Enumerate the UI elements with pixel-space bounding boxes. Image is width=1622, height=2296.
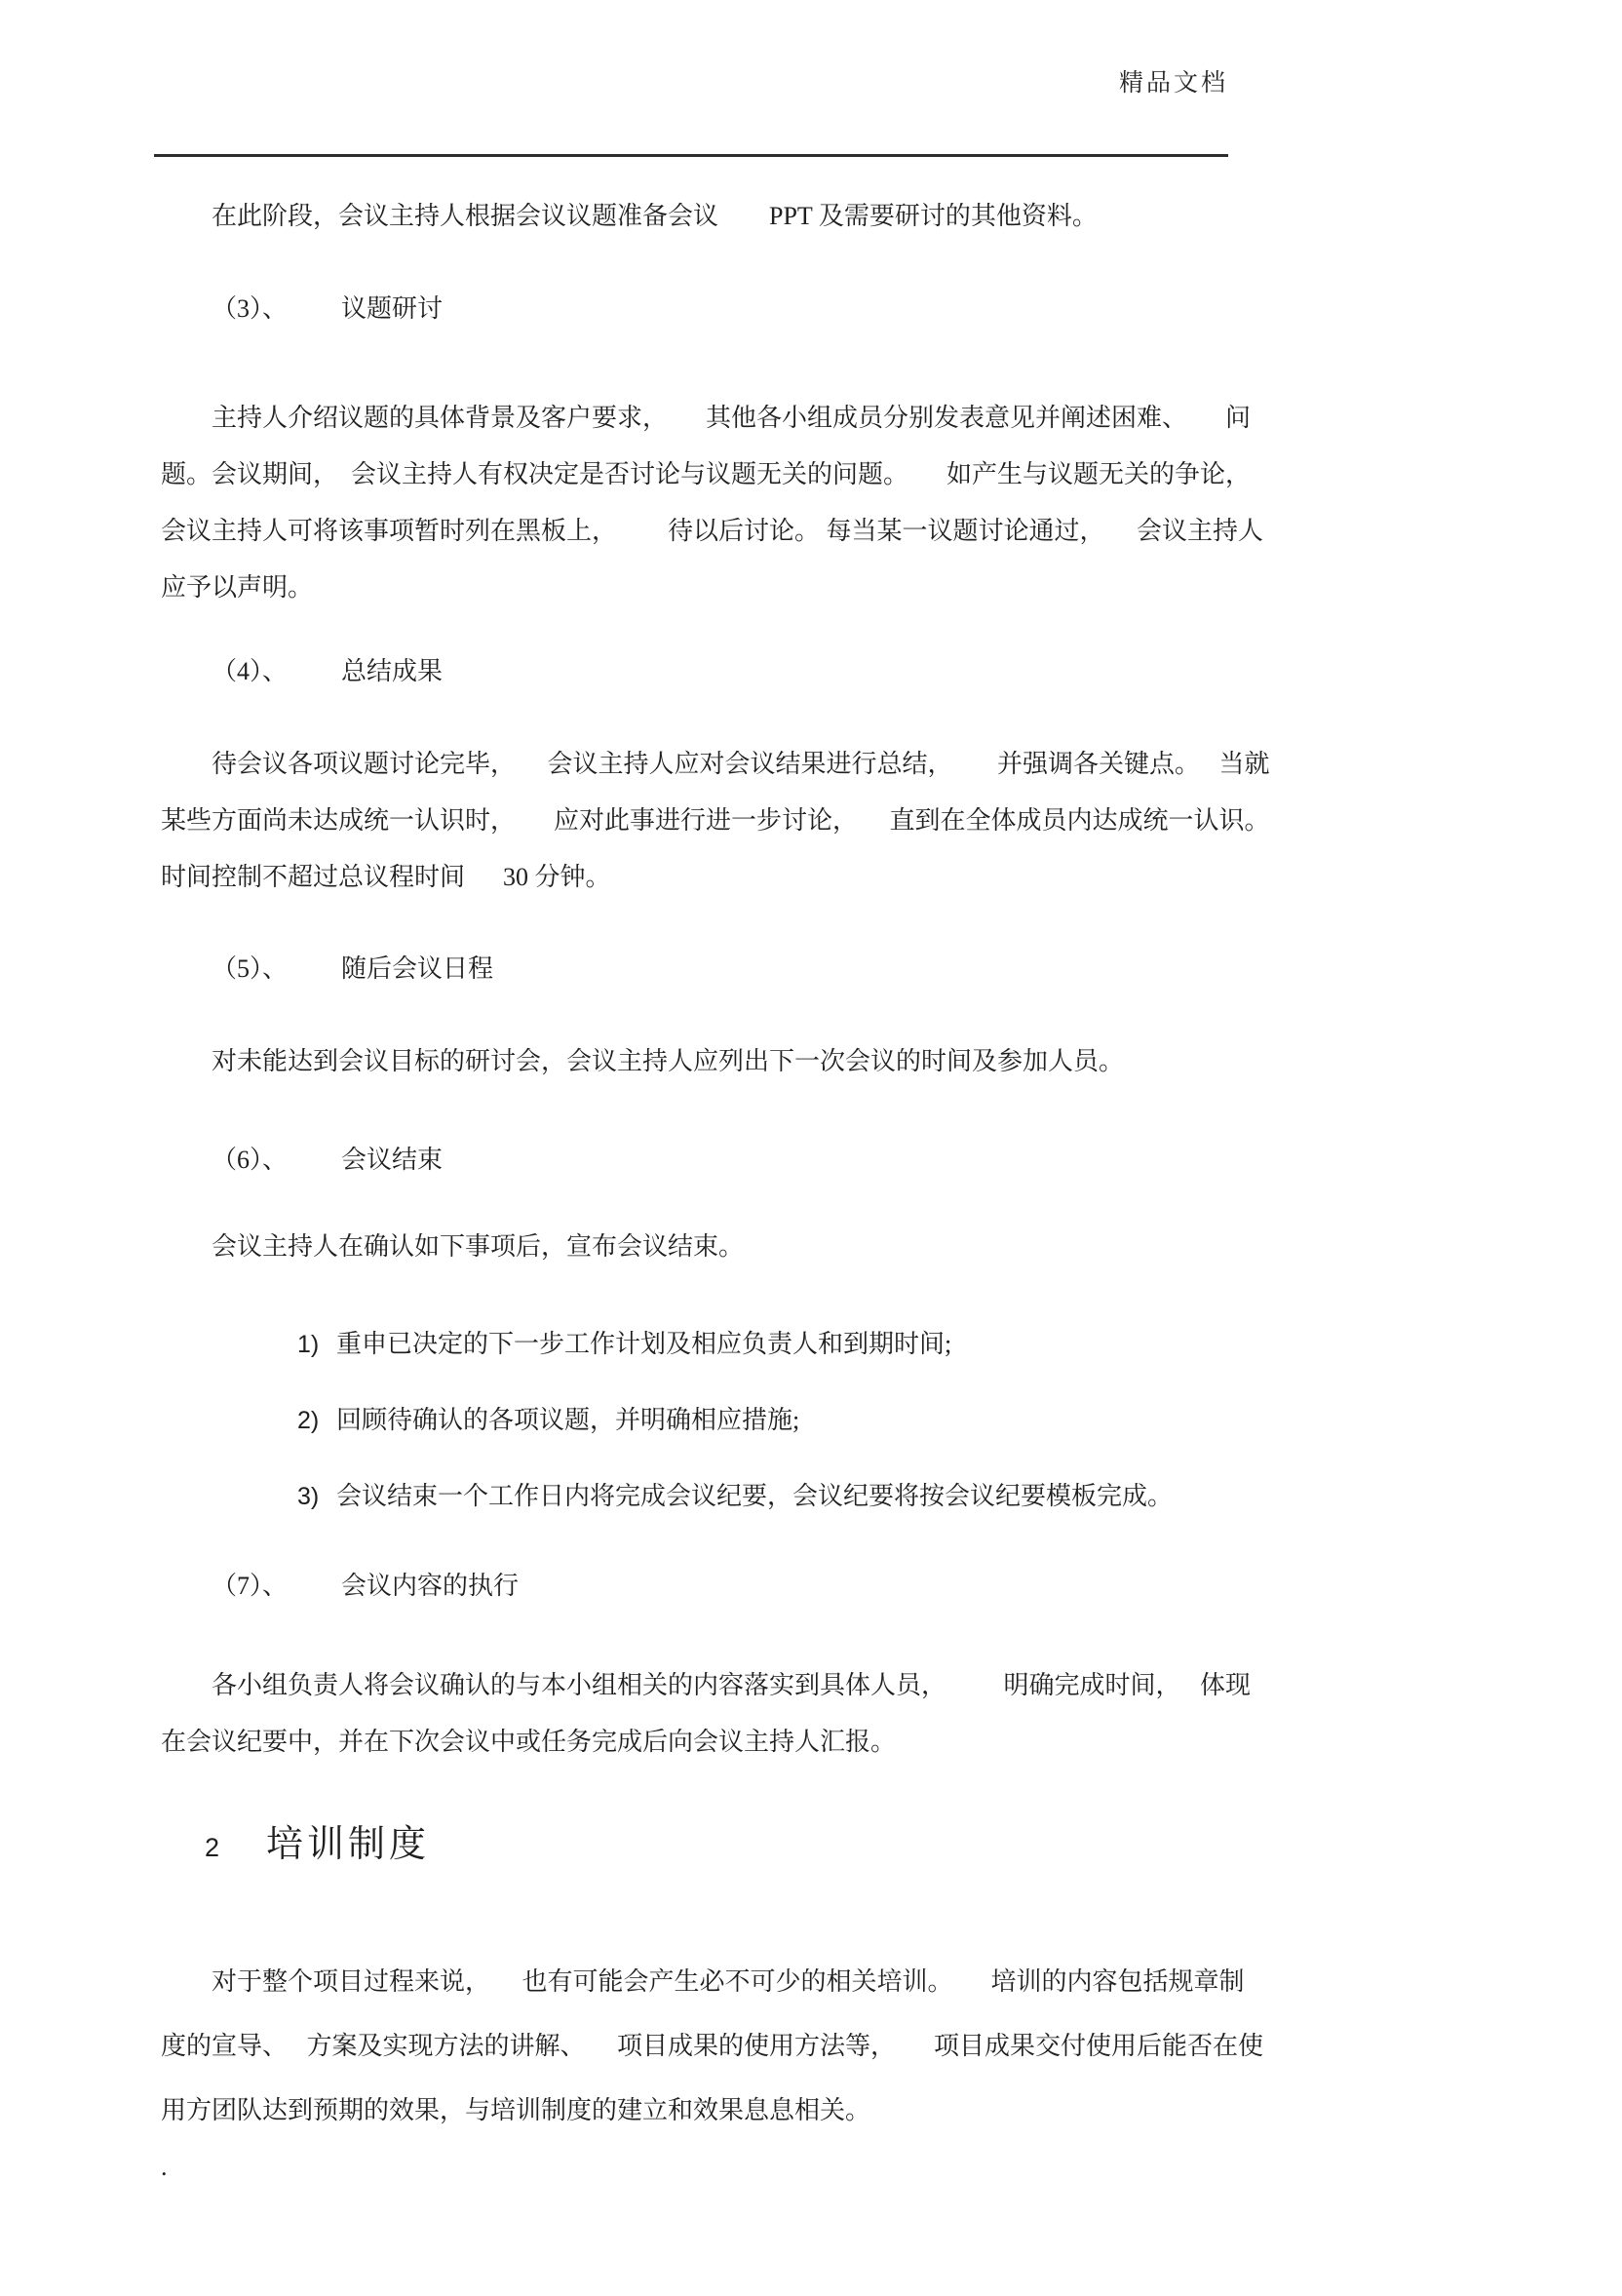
paragraph-line: 用方团队达到预期的效果，与培训制度的建立和效果息息相关。 [161, 2079, 1462, 2143]
list-item: 3)会议结束一个工作日内将完成会议纪要，会议纪要将按会议纪要模板完成。 [297, 1468, 1462, 1525]
paragraph-line: 各小组负责人将会议确认的与本小组相关的内容落实到具体人员， 明确完成时间， 体现 [161, 1657, 1462, 1714]
section-title: 培训制度 [266, 1824, 430, 1865]
list-item-text: 会议结束一个工作日内将完成会议纪要，会议纪要将按会议纪要模板完成。 [336, 1482, 1173, 1510]
paragraph-line: 应予以声明。 [161, 560, 1462, 616]
heading-label: 随后会议日程 [341, 954, 493, 983]
paragraph-line: 在会议纪要中，并在下次会议中或任务完成后向会议主持人汇报。 [161, 1714, 1462, 1771]
paragraph-meeting-end: 会议主持人在确认如下事项后，宣布会议结束。 [161, 1219, 1462, 1275]
heading-7-content-execution: （7）、会议内容的执行 [212, 1569, 1462, 1604]
heading-5-followup-schedule: （5）、随后会议日程 [212, 952, 1462, 987]
list-item-text: 重申已决定的下一步工作计划及相应负责人和到期时间; [336, 1330, 951, 1358]
paragraph-line: 主持人介绍议题的具体背景及客户要求， 其他各小组成员分别发表意见并阐述困难、 问 [161, 390, 1462, 447]
paragraph-line: 在此阶段，会议主持人根据会议议题准备会议 PPT 及需要研讨的其他资料。 [161, 188, 1462, 245]
heading-label: 会议结束 [341, 1146, 443, 1174]
heading-label: 议题研讨 [341, 294, 443, 323]
paragraph-summarize-results: 待会议各项议题讨论完毕， 会议主持人应对会议结果进行总结， 并强调各关键点。 当… [161, 736, 1462, 906]
numbered-list: 1)重申已决定的下一步工作计划及相应负责人和到期时间; 2)回顾待确认的各项议题… [161, 1316, 1462, 1525]
section-number: 2 [205, 1833, 219, 1862]
list-item-number: 1) [297, 1316, 336, 1373]
heading-6-meeting-end: （6）、会议结束 [212, 1143, 1462, 1178]
paragraph-line: 度的宣导、 方案及实现方法的讲解、 项目成果的使用方法等， 项目成果交付使用后能… [161, 2014, 1462, 2079]
list-item-text: 回顾待确认的各项议题，并明确相应措施; [336, 1406, 799, 1434]
heading-3-topic-discussion: （3）、议题研讨 [212, 292, 1462, 327]
header-watermark: 精品文档 [154, 70, 1228, 97]
heading-number: （6）、 [212, 1146, 288, 1174]
paragraph-line: 时间控制不超过总议程时间 30 分钟。 [161, 849, 1462, 906]
paragraph-followup-schedule: 对未能达到会议目标的研讨会，会议主持人应列出下一次会议的时间及参加人员。 [161, 1033, 1462, 1090]
paragraph-content-execution: 各小组负责人将会议确认的与本小组相关的内容落实到具体人员， 明确完成时间， 体现… [161, 1657, 1462, 1771]
document-body: 在此阶段，会议主持人根据会议议题准备会议 PPT 及需要研讨的其他资料。 （3）… [161, 188, 1462, 2180]
heading-4-summarize-results: （4）、总结成果 [212, 654, 1462, 689]
paragraph-line: 待会议各项议题讨论完毕， 会议主持人应对会议结果进行总结， 并强调各关键点。 当… [161, 736, 1462, 793]
section-heading-training-system: 2培训制度 [161, 1818, 1462, 1875]
paragraph-topic-discussion: 主持人介绍议题的具体背景及客户要求， 其他各小组成员分别发表意见并阐述困难、 问… [161, 390, 1462, 616]
paragraph-line: 会议主持人在确认如下事项后，宣布会议结束。 [161, 1219, 1462, 1275]
paragraph-line: 某些方面尚未达成统一认识时， 应对此事进行进一步讨论， 直到在全体成员内达成统一… [161, 793, 1462, 849]
heading-label: 会议内容的执行 [341, 1572, 519, 1600]
heading-number: （4）、 [212, 657, 288, 685]
page-header: 精品文档 [154, 0, 1228, 157]
heading-number: （3）、 [212, 294, 288, 323]
paragraph-training-intro: 对于整个项目过程来说， 也有可能会产生必不可少的相关培训。 培训的内容包括规章制… [161, 1950, 1462, 2143]
paragraph-line: 对于整个项目过程来说， 也有可能会产生必不可少的相关培训。 培训的内容包括规章制 [161, 1950, 1462, 2014]
list-item-number: 3) [297, 1468, 336, 1525]
paragraph-line: 对未能达到会议目标的研讨会，会议主持人应列出下一次会议的时间及参加人员。 [161, 1033, 1462, 1090]
paragraph-line: 题。会议期间， 会议主持人有权决定是否讨论与议题无关的问题。 如产生与议题无关的… [161, 447, 1462, 503]
list-item: 2)回顾待确认的各项议题，并明确相应措施; [297, 1392, 1462, 1449]
list-item: 1)重申已决定的下一步工作计划及相应负责人和到期时间; [297, 1316, 1462, 1373]
paragraph-line: 会议主持人可将该事项暂时列在黑板上， 待以后讨论。 每当某一议题讨论通过， 会议… [161, 503, 1462, 560]
heading-number: （7）、 [212, 1572, 288, 1600]
trailing-period: . [161, 2155, 1462, 2180]
heading-number: （5）、 [212, 954, 288, 983]
paragraph-meeting-ppt: 在此阶段，会议主持人根据会议议题准备会议 PPT 及需要研讨的其他资料。 [161, 188, 1462, 245]
list-item-number: 2) [297, 1392, 336, 1449]
heading-label: 总结成果 [341, 657, 443, 685]
